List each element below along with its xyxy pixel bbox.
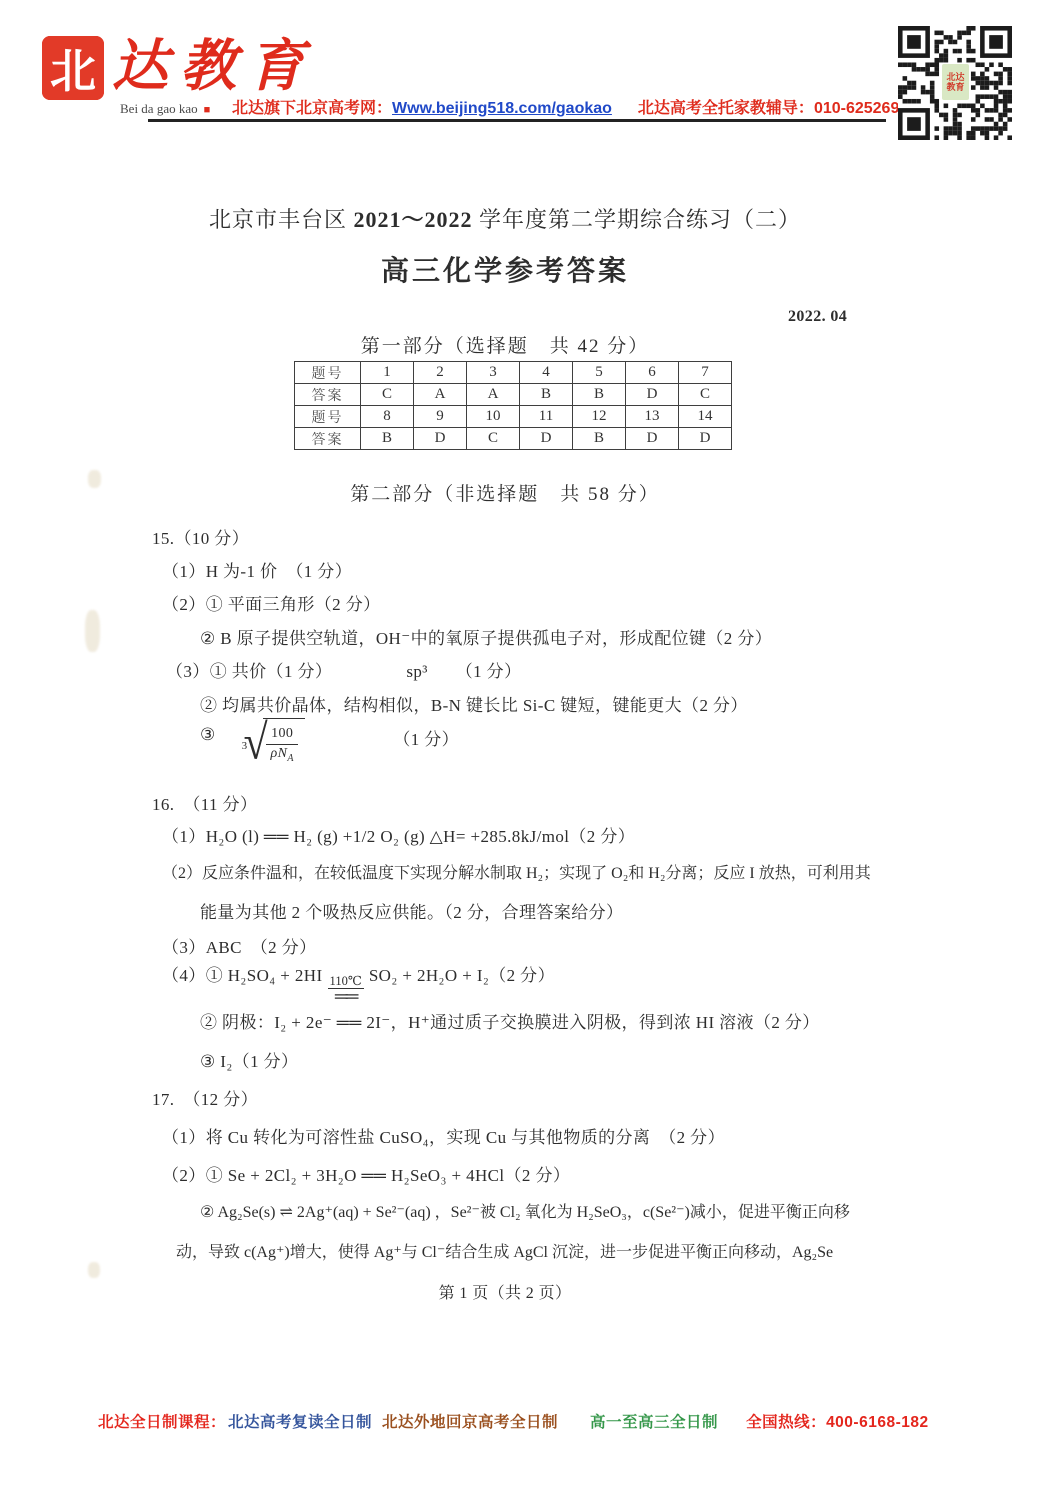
table-row: 题号 8 9 10 11 12 13 14: [295, 406, 732, 428]
answer-cell: 6: [626, 362, 679, 384]
answer-cell: 5: [573, 362, 626, 384]
answer-line-15-1: （1）H 为-1 价 （1 分）: [162, 557, 352, 582]
scanned-answer-sheet-page: 北 达教育 Bei da gao kao■ 北达旗下北京高考网：Www.beij…: [0, 0, 1039, 1512]
answer-line-17-2-1: （2）① Se + 2Cl₂ + 3H₂O ══ H₂SeO₃ + 4HCl（2…: [162, 1161, 570, 1186]
footer-courses-label: 北达全日制课程：: [98, 1414, 226, 1431]
part1-heading: 第一部分（选择题 共 42 分）: [0, 331, 1010, 358]
answer-cell: C: [361, 384, 414, 406]
table-row: 题号 1 2 3 4 5 6 7: [295, 362, 732, 384]
answer-table: 题号 1 2 3 4 5 6 7 答案 C A A B B D C 题号 8 9…: [294, 361, 732, 450]
answer-cell: 11: [520, 406, 573, 428]
answer-cell: B: [573, 384, 626, 406]
brand-subtext: Bei da gao kao■: [120, 101, 210, 117]
answer-cell: 4: [520, 362, 573, 384]
page-number: 第 1 页（共 2 页）: [0, 1280, 1010, 1303]
answer-line-16-4-2: ② 阴极：I₂ + 2e⁻ ══ 2I⁻，H⁺通过质子交换膜进入阴极，得到浓 H…: [200, 1008, 820, 1033]
fraction-numerator: 100: [266, 725, 298, 745]
footer: 北达全日制课程：北达高考复读全日制北达外地回京高考全日制高一至高三全日制全国热线…: [98, 1410, 929, 1432]
website-link[interactable]: Www.beijing518.com/gaokao: [392, 100, 612, 117]
answer-cell: 14: [679, 406, 732, 428]
answer-line-15-2-1: （2）① 平面三角形（2 分）: [162, 590, 381, 615]
answer-cell: D: [679, 428, 732, 450]
tagline-site-label: 北达旗下北京高考网：: [232, 100, 392, 117]
answer-line-16-2b: 能量为其他 2 个吸热反应供能。（2 分，合理答案给分）: [200, 898, 623, 923]
scan-artifact: [88, 470, 101, 488]
answer-line-16-1: （1）H₂O (l) ══ H₂ (g) +1/2 O₂ (g) △H= +28…: [162, 822, 635, 847]
reaction-condition: 110℃══: [328, 974, 364, 1005]
doc-title: 北京市丰台区 2021～2022 学年度第二学期综合练习（二）: [0, 203, 1010, 234]
header-tagline: 北达旗下北京高考网：Www.beijing518.com/gaokao北达高考全…: [232, 95, 917, 118]
tagline-tutoring-label: 北达高考全托家教辅导：: [638, 100, 814, 117]
double-bond-sign: ══: [335, 989, 357, 1004]
answer-cell: D: [520, 428, 573, 450]
answer-cell: B: [520, 384, 573, 406]
answer-cell: D: [414, 428, 467, 450]
answer-line-16-3: （3）ABC （2 分）: [162, 933, 317, 958]
answer-line-16-4-3: ③ I₂（1 分）: [200, 1047, 298, 1072]
answer-line-17-2-2b: 动，导致 c(Ag⁺)增大，使得 Ag⁺与 Cl⁻结合生成 AgCl 沉淀，进一…: [176, 1239, 833, 1262]
answer-cell: 7: [679, 362, 732, 384]
answer-cell: 13: [626, 406, 679, 428]
doc-title-years: 2021～2022: [353, 207, 472, 232]
answer-cell: A: [414, 384, 467, 406]
answer-cell: B: [361, 428, 414, 450]
footer-course-fulltime: 北达高考复读全日制: [228, 1414, 372, 1431]
question-15-header: 15.（10 分）: [152, 524, 249, 549]
answer-line-15-3-2: ② 均属共价晶体，结构相似，B-N 键长比 Si-C 键短，键能更大（2 分）: [200, 691, 748, 716]
doc-date: 2022. 04: [788, 308, 847, 326]
answer-cell: 9: [414, 406, 467, 428]
answer-line-16-4-1: （4）① H₂SO₄ + 2HI110℃══SO₂ + 2H₂O + I₂（2 …: [162, 961, 555, 1005]
answer-line-17-1: （1）将 Cu 转化为可溶性盐 CuSO₄，实现 Cu 与其他物质的分离 （2 …: [162, 1123, 725, 1148]
footer-hotline: 全国热线：400-6168-182: [746, 1414, 929, 1431]
answer-cell: D: [626, 384, 679, 406]
radical-sign-icon: √: [244, 718, 269, 767]
fraction-denominator: ρNA: [271, 745, 294, 765]
brand-seal-logo: 北: [42, 36, 104, 100]
answer-line-15-3-3: ③ 3 √ 100 ρNA （1 分）: [200, 718, 459, 765]
answer-cell: B: [573, 428, 626, 450]
answer-cell: 2: [414, 362, 467, 384]
scan-artifact: [88, 1262, 100, 1278]
answer-cell: 10: [467, 406, 520, 428]
footer-course-grades: 高一至高三全日制: [590, 1414, 718, 1431]
qr-center-badge: 北达 教育: [942, 64, 969, 100]
part2-heading: 第二部分（非选择题 共 58 分）: [0, 479, 1010, 506]
answer-cell: A: [467, 384, 520, 406]
table-row: 答案 C A A B B D C: [295, 384, 732, 406]
header-divider: [148, 119, 886, 122]
formula-cube-root: 3 √ 100 ρNA: [242, 718, 306, 765]
hybridization-value: sp³: [406, 662, 427, 681]
answer-line-17-2-2a: ② Ag₂Se(s) ⇌ 2Ag⁺(aq) + Se²⁻(aq) ，Se²⁻被 …: [200, 1199, 850, 1222]
row-label-cell: 题号: [295, 362, 361, 384]
answer-line-16-2a: （2）反应条件温和，在较低温度下实现分解水制取 H₂；实现了 O₂和 H₂分离；…: [162, 860, 871, 883]
answer-line-15-2-2: ② B 原子提供空轨道，OH⁻中的氧原子提供孤电子对，形成配位键（2 分）: [200, 624, 772, 649]
doc-subtitle: 高三化学参考答案: [0, 249, 1010, 289]
qr-code: 北达 教育: [898, 26, 1012, 140]
answer-cell: 1: [361, 362, 414, 384]
brand-script-text: 达教育: [112, 22, 316, 102]
answer-cell: 12: [573, 406, 626, 428]
answer-cell: 8: [361, 406, 414, 428]
scan-artifact: [85, 610, 100, 652]
question-17-header: 17. （12 分）: [152, 1085, 258, 1110]
answer-cell: 3: [467, 362, 520, 384]
brand-bullet-icon: ■: [204, 104, 211, 116]
row-label-cell: 题号: [295, 406, 361, 428]
answer-line-15-3-1: （3）① 共价（1 分）sp³（1 分）: [166, 657, 521, 682]
row-label-cell: 答案: [295, 428, 361, 450]
answer-cell: D: [626, 428, 679, 450]
footer-course-returning: 北达外地回京高考全日制: [382, 1414, 558, 1431]
seal-character: 北: [50, 35, 96, 101]
table-row: 答案 B D C D B D D: [295, 428, 732, 450]
row-label-cell: 答案: [295, 384, 361, 406]
question-16-header: 16. （11 分）: [152, 790, 257, 815]
answer-cell: C: [679, 384, 732, 406]
answer-cell: C: [467, 428, 520, 450]
item-mark: ③: [200, 725, 216, 745]
